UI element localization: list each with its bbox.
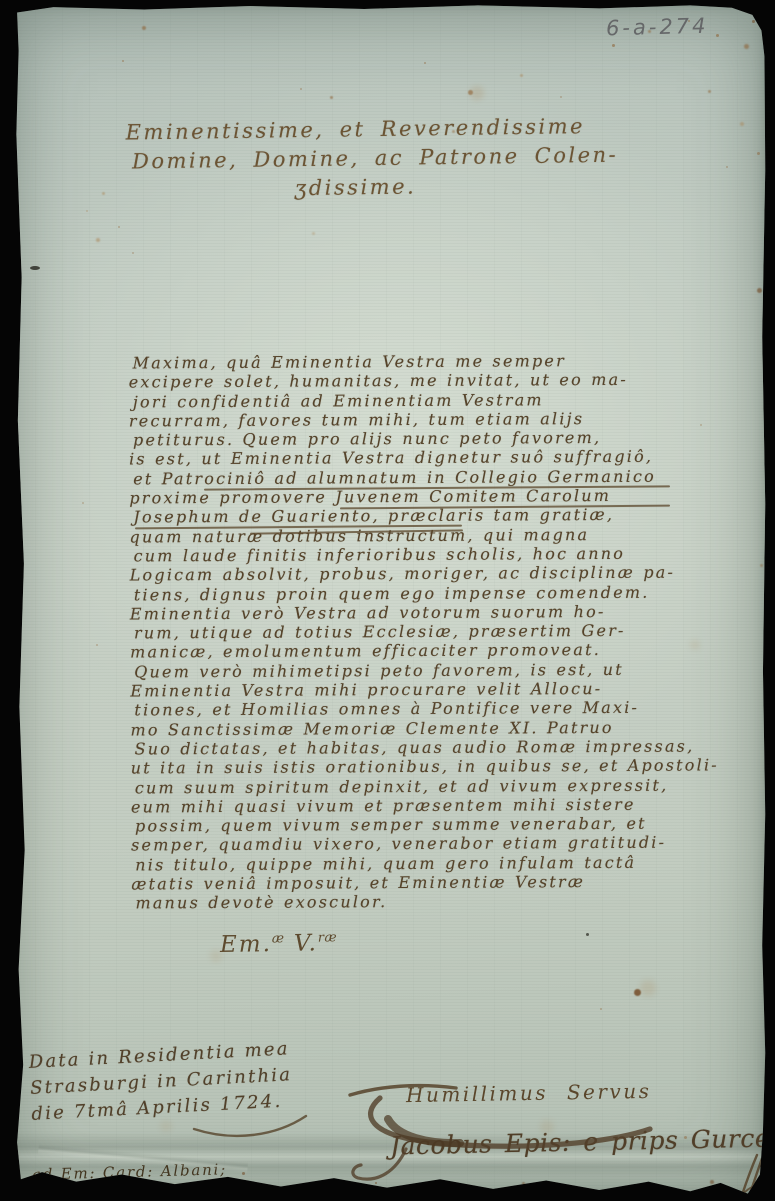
fox-spot	[330, 96, 333, 99]
salutation-line-3: ʒdissime.	[294, 169, 631, 203]
body-line: nis titulo, quippe mihi, quam gero inful…	[135, 852, 683, 874]
fox-spot	[102, 192, 105, 195]
fox-spot	[600, 1008, 602, 1010]
fox-spot	[690, 640, 700, 650]
body-line: tiens, dignus proin quem ego impense com…	[134, 582, 682, 604]
fox-spot	[424, 62, 426, 64]
fox-spot	[470, 86, 484, 100]
fox-spot	[634, 989, 641, 996]
fox-spot	[744, 44, 749, 49]
body-line: semper, quamdiu vixero, venerabor etiam …	[131, 833, 683, 855]
fox-spot	[710, 1180, 714, 1184]
fox-spot	[122, 60, 124, 62]
closing-v-superscript: ræ	[318, 930, 338, 945]
corner-hatch-mark	[749, 1153, 764, 1197]
pen-flourish-date	[194, 1116, 306, 1136]
signature-name: Jacobus Epis: e prips Gurcensis	[390, 1122, 775, 1160]
fox-spot	[132, 252, 134, 254]
fox-spot	[522, 1182, 525, 1185]
body-line: excipere solet, humanitas, me invitat, u…	[129, 370, 681, 392]
fox-spot	[700, 424, 702, 426]
fox-spot	[312, 232, 315, 235]
fox-spot	[757, 152, 760, 155]
archive-number: 6-a-274	[606, 14, 709, 41]
fox-spot	[560, 96, 562, 98]
fox-spot	[586, 933, 589, 936]
closing-em-superscript: æ	[272, 931, 285, 946]
fox-spot	[740, 122, 744, 126]
fox-spot	[242, 1172, 245, 1175]
manuscript-page: 6-a-274 Eminentissime, et Reverendissime…	[8, 3, 766, 1196]
fox-spot	[612, 44, 615, 47]
body-line: is est, ut Eminentia Vestra dignetur suô…	[129, 447, 681, 469]
body-line: manicæ, emolumentum efficaciter promovea…	[130, 640, 682, 662]
fox-spot	[300, 88, 302, 90]
fox-spot	[752, 20, 755, 23]
fox-spot	[716, 34, 719, 37]
photo-background: 6-a-274 Eminentissime, et Reverendissime…	[0, 0, 775, 1201]
signature-valediction: Humillimus Servus	[406, 1079, 652, 1107]
letter-body: Maxima, quâ Eminentia Vestra me semper e…	[133, 351, 684, 913]
closing-v: V.	[294, 930, 318, 956]
fox-spot	[96, 238, 100, 242]
fox-spot	[96, 644, 98, 646]
body-line: cum suum spiritum depinxit, et ad vivum …	[135, 775, 683, 797]
body-line: ut ita in suis istis orationibus, in qui…	[131, 756, 683, 778]
fox-spot	[757, 288, 762, 293]
fox-spot	[468, 90, 473, 95]
fox-spot	[640, 980, 656, 996]
fox-spot	[118, 226, 120, 228]
corner-hatch-mark	[742, 1185, 767, 1195]
docket-note: ad Em: Card: Albani;	[32, 1160, 227, 1183]
closing-abbreviation: Em.æ V.ræ	[220, 930, 338, 958]
fox-spot	[142, 26, 146, 30]
dateline: Data in Residentia mea Strasburgi in Car…	[28, 1036, 294, 1128]
closing-em: Em.	[220, 931, 272, 958]
fox-spot	[30, 266, 40, 270]
corner-hatch-mark	[756, 1155, 771, 1199]
fox-spot	[375, 1182, 377, 1184]
corner-hatch-mark	[742, 1155, 757, 1195]
fox-spot	[520, 74, 523, 77]
fox-spot	[160, 1120, 172, 1132]
fox-spot	[658, 1186, 661, 1189]
body-line: manus devotè exosculor.	[135, 891, 683, 913]
fox-spot	[760, 564, 763, 567]
fox-spot	[82, 502, 84, 504]
salutation: Eminentissime, et Reverendissime Domine,…	[125, 111, 631, 205]
fox-spot	[708, 90, 711, 93]
body-line: tiones, et Homilias omnes à Pontifice ve…	[134, 698, 682, 720]
fox-spot	[726, 166, 728, 168]
body-line: Logicam absolvit, probus, moriger, ac di…	[130, 563, 682, 585]
fox-spot	[420, 1186, 424, 1190]
fox-spot	[86, 210, 88, 212]
